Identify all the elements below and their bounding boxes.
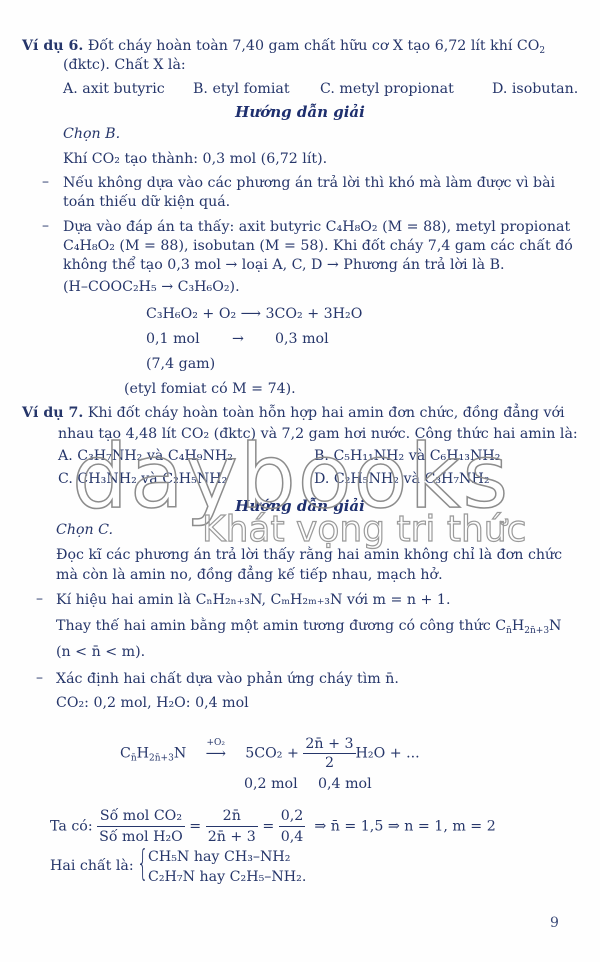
bullet-dash: – <box>42 174 49 190</box>
example6-reaction-mol-arrow: → <box>232 330 244 348</box>
example6-option-d: D. isobutan. <box>492 80 578 98</box>
example7-compound2: C₂H₇N hay C₂H₅–NH₂. <box>148 868 306 886</box>
example6-reaction: C₃H₆O₂ + O₂ ⟶ 3CO₂ + 3H₂O <box>146 305 362 323</box>
example6-reaction-mass: (7,4 gam) <box>146 355 215 373</box>
example7-option-c: C. CH₃NH₂ và C₂H₅NH₂ <box>58 470 227 488</box>
example7-option-b: B. C₅H₁₁NH₂ và C₆H₁₃NH₂ <box>314 447 500 465</box>
example7-read-line2: mà còn là amin no, đồng đẳng kế tiếp nha… <box>56 566 443 584</box>
brace: { <box>137 846 148 882</box>
example7-reaction-mol-co2: 0,2 mol <box>244 775 298 793</box>
reaction-arrow: +O₂⟶ <box>191 745 241 763</box>
example6-bullet2-line2: C₄H₈O₂ (M = 88), isobutan (M = 58). Khi … <box>63 237 573 255</box>
example7-bullet1-line1: Kí hiệu hai amin là CₙH₂ₙ₊₃N, CₘH₂ₘ₊₃N v… <box>56 591 450 609</box>
example7-compound1: CH₅N hay CH₃–NH₂ <box>148 848 290 866</box>
example7-read-line1: Đọc kĩ các phương án trả lời thấy rằng h… <box>56 546 562 564</box>
example6-bullet2-line1: Dựa vào đáp án ta thấy: axit butyric C₄H… <box>63 218 570 236</box>
example6-bullet1-line1: Nếu không dựa vào các phương án trả lời … <box>63 174 555 192</box>
example6-bullet2-line4: (H–COOC₂H₅ → C₃H₆O₂). <box>63 278 240 296</box>
example7-bullet1-line3: (n < n̄ < m). <box>56 643 145 661</box>
example6-reaction-mol-right: 0,3 mol <box>275 330 329 348</box>
bullet-dash: – <box>42 218 49 234</box>
example6-question-line2: (đktc). Chất X là: <box>63 56 186 74</box>
example7-solution-heading: Hướng dẫn giải <box>0 497 600 515</box>
example6-label: Ví dụ 6. <box>22 38 83 54</box>
book-page: Ví dụ 6. Đốt cháy hoàn toàn 7,40 gam chấ… <box>0 0 600 962</box>
example7-bullet2-line2: CO₂: 0,2 mol, H₂O: 0,4 mol <box>56 694 249 712</box>
example7-label: Ví dụ 7. <box>22 405 83 421</box>
example6-note: (etyl fomiat có M = 74). <box>124 380 296 398</box>
example7-choice: Chọn C. <box>56 521 113 539</box>
example7-hai-chat-label: Hai chất là: <box>50 857 134 875</box>
bullet-dash: – <box>36 591 43 607</box>
example7-reaction: Cn̄H2n̄+3N +O₂⟶ 5CO₂ + 2n̄ + 3 2 H₂O + .… <box>120 735 420 772</box>
example6-option-c: C. metyl propionat <box>320 80 454 98</box>
page-number: 9 <box>550 915 559 931</box>
example6-question-line1: Ví dụ 6. Đốt cháy hoàn toàn 7,40 gam chấ… <box>22 37 545 55</box>
reaction-fraction: 2n̄ + 3 2 <box>303 735 355 772</box>
bullet-dash: – <box>36 670 43 686</box>
example7-bullet1-line2: Thay thế hai amin bằng một amin tương đư… <box>56 617 561 635</box>
example6-bullet2-line3: không thể tạo 0,3 mol → loại A, C, D → P… <box>63 256 505 274</box>
example7-question-line2: nhau tạo 4,48 lít CO₂ (đktc) và 7,2 gam … <box>58 425 578 443</box>
example7-option-d: D. C₂H₅NH₂ và C₃H₇NH₂ <box>314 470 490 488</box>
example6-bullet1-line2: toán thiếu dữ kiện quá. <box>63 193 230 211</box>
example6-choice: Chọn B. <box>63 125 120 143</box>
example6-reaction-mol-left: 0,1 mol <box>146 330 200 348</box>
example7-question-line1: Ví dụ 7. Khi đốt cháy hoàn toàn hỗn hợp … <box>22 404 565 422</box>
example7-option-a: A. C₃H₇NH₂ và C₄H₉NH₂ <box>58 447 233 465</box>
example6-co2-line: Khí CO₂ tạo thành: 0,3 mol (6,72 lít). <box>63 150 327 168</box>
example7-ratio-equation: Ta có: Số mol CO₂Số mol H₂O = 2n̄2n̄ + 3… <box>50 806 496 847</box>
example6-solution-heading: Hướng dẫn giải <box>0 103 600 121</box>
watermark-slogan: Khát vọng tri thức <box>202 509 526 550</box>
example6-option-a: A. axit butyric <box>63 80 165 98</box>
example7-bullet2-line1: Xác định hai chất dựa vào phản ứng cháy … <box>56 670 399 688</box>
example6-option-b: B. etyl fomiat <box>193 80 290 98</box>
example7-reaction-mol-h2o: 0,4 mol <box>318 775 372 793</box>
